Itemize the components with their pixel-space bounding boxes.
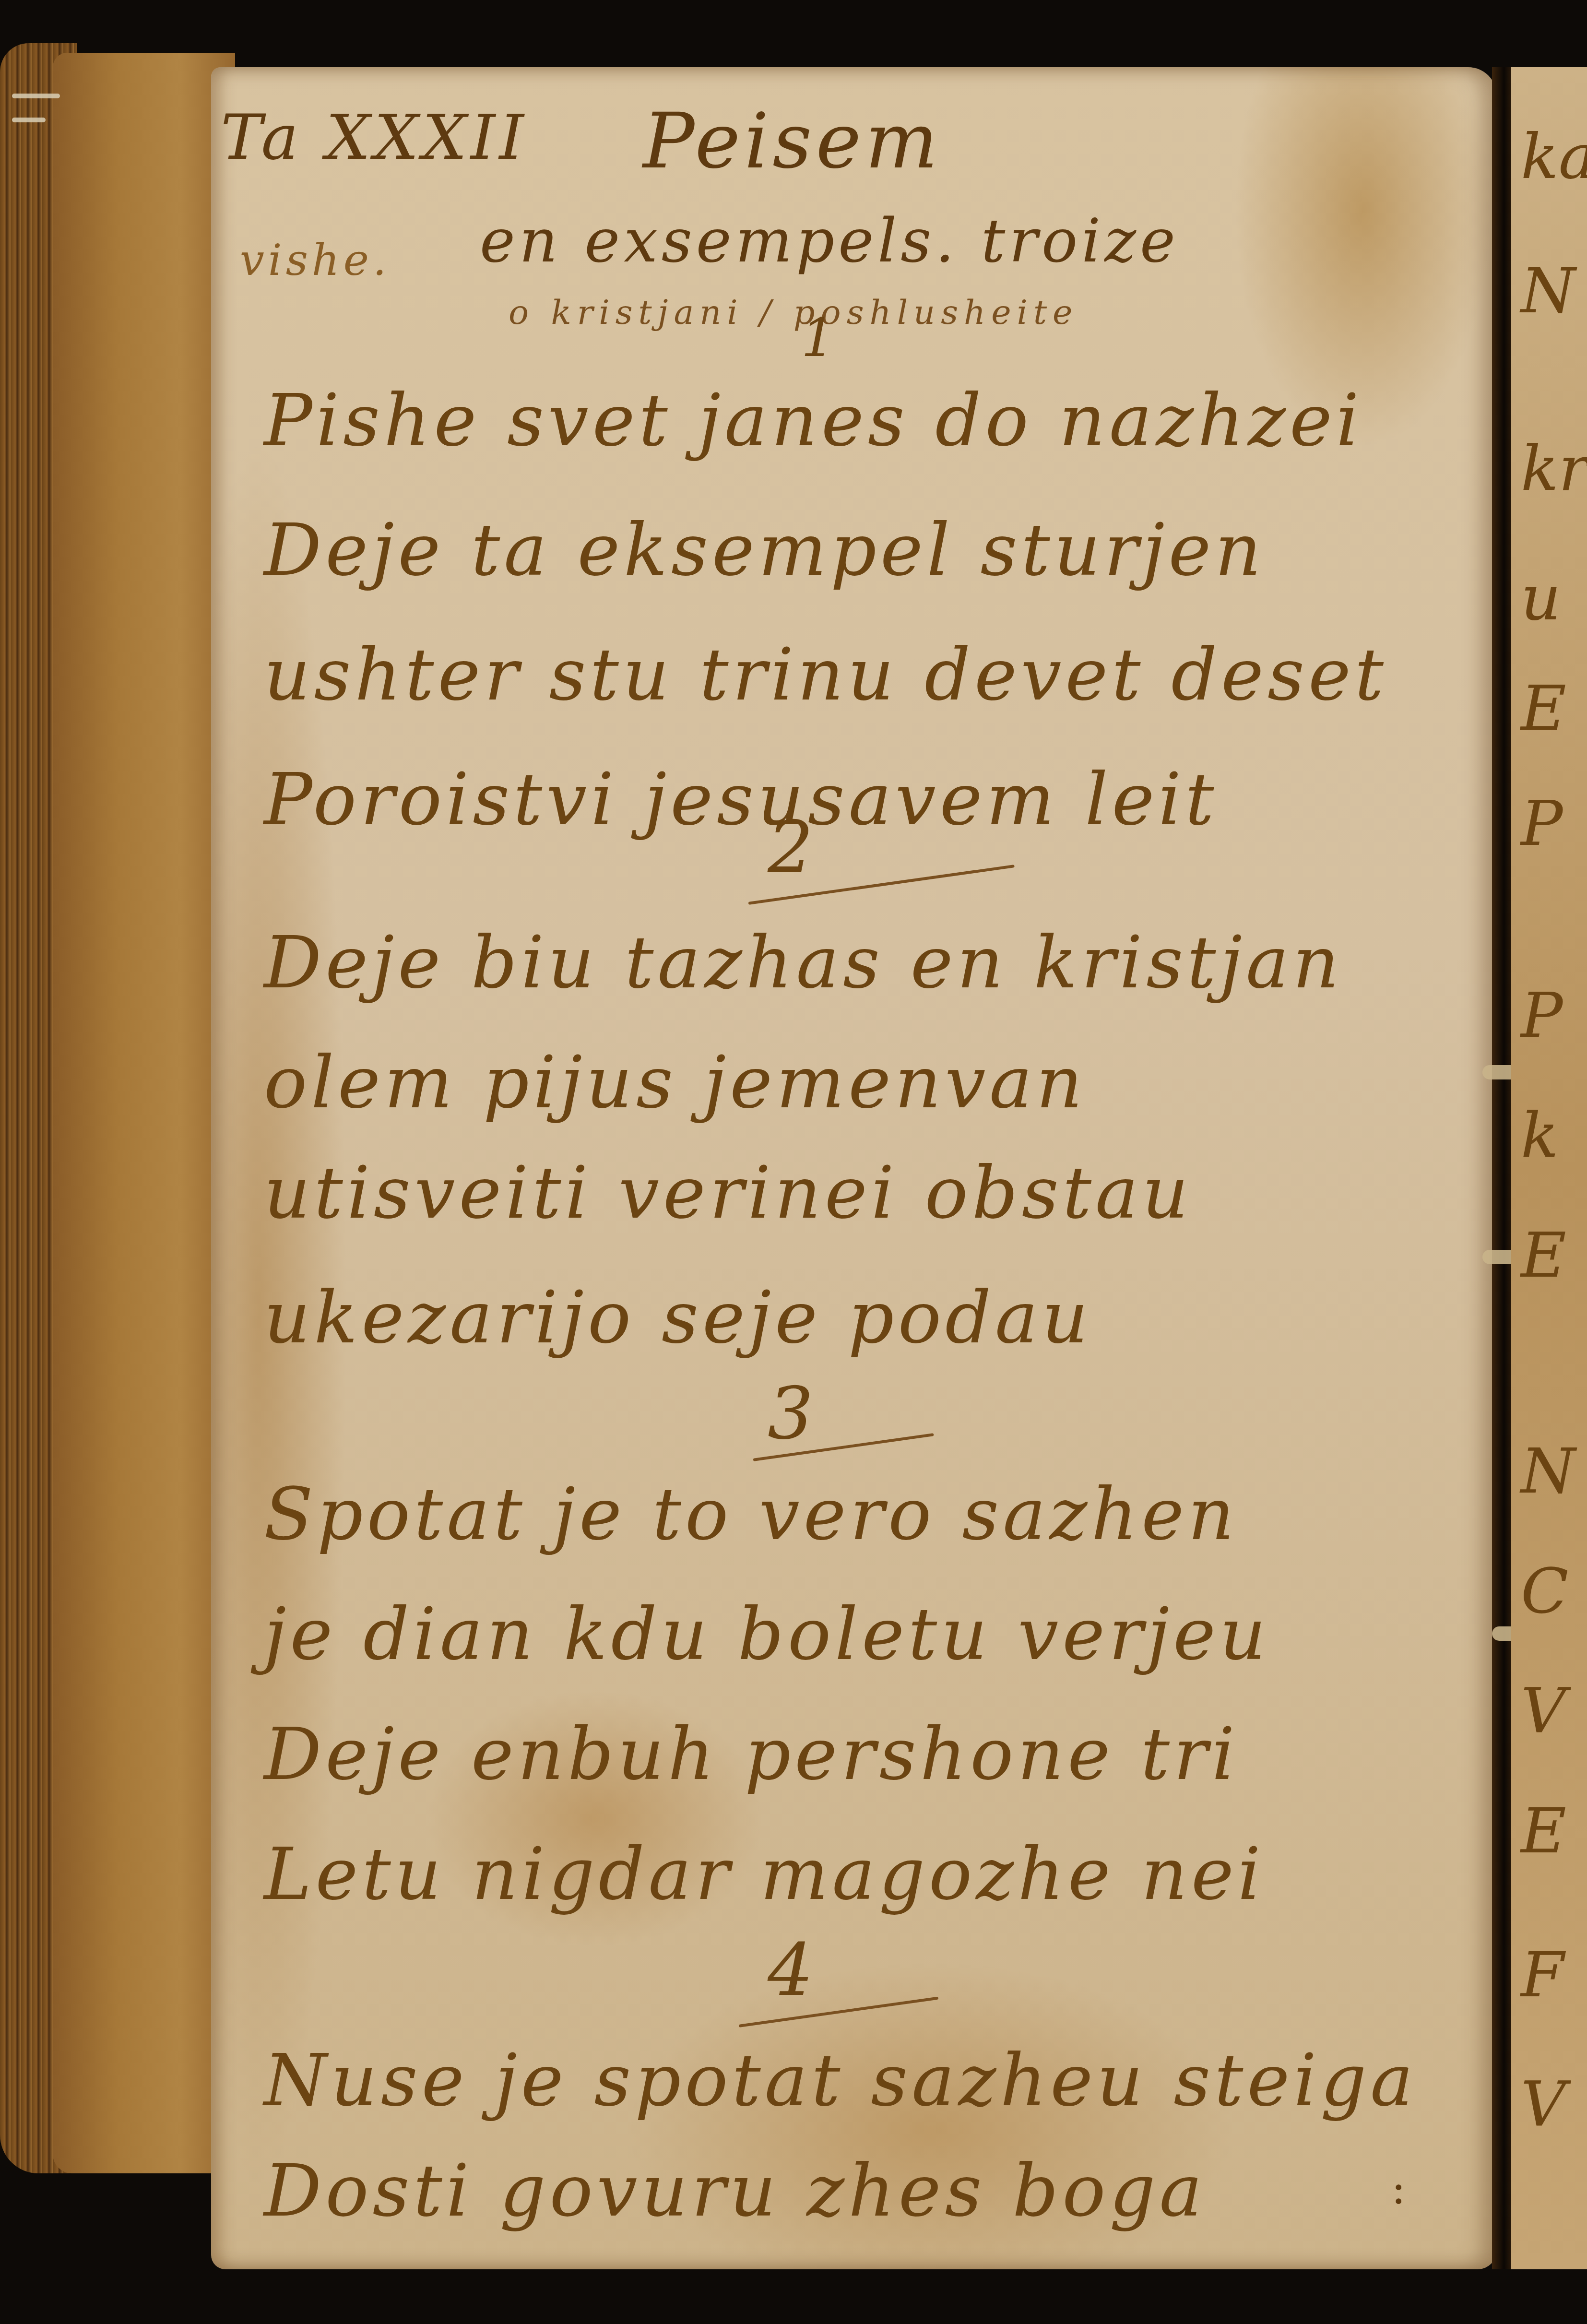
page-title: Peisem (643, 96, 942, 186)
verse-line: Deje ta eksempel sturjen (264, 509, 1265, 592)
binding-thread (12, 94, 60, 98)
facing-text-fragment: N (1521, 1435, 1575, 1507)
verse-line: Pishe svet janes do nazhzei (264, 379, 1363, 462)
stanza-number: 4 (768, 1929, 813, 2012)
facing-text-fragment: V (1521, 2068, 1566, 2141)
margin-note: vishe. (240, 235, 391, 285)
facing-text-fragment: E (1521, 672, 1566, 745)
stanza-number: 2 (768, 806, 813, 889)
verse-line: ukezarijo seje podau (264, 1276, 1092, 1360)
verse-line: ushter stu trinu devet deset (264, 633, 1387, 717)
facing-text-fragment: N (1521, 254, 1575, 327)
facing-text-fragment: F (1521, 1938, 1564, 2011)
subtitle: en exsempels. troize (480, 206, 1179, 276)
verse-line: Spotat je to vero sazhen (264, 1473, 1238, 1556)
folio-number: Ta XXXII (221, 101, 528, 174)
verse-line: Poroistvi jesusavem leit (264, 758, 1218, 842)
facing-text-fragment: kr (1521, 432, 1587, 505)
verse-line: Deje biu tazhas en kristjan (264, 921, 1343, 1005)
verse-line: Nuse je spotat sazheu steiga (264, 2039, 1417, 2122)
facing-page: ka N kr u E P P k E N C V E F V (1511, 67, 1587, 2269)
verse-line: Dosti govuru zhes boga (264, 2149, 1206, 2233)
facing-text-fragment: E (1521, 1219, 1566, 1292)
facing-text-fragment: V (1521, 1674, 1566, 1747)
stanza-number: 1 (801, 307, 835, 368)
facing-text-fragment: k (1521, 1099, 1559, 1172)
verse-line: Deje enbuh pershone tri (264, 1713, 1239, 1796)
facing-text-fragment: E (1521, 1794, 1566, 1867)
binding-thread (12, 118, 46, 122)
end-mark: : (1391, 2164, 1406, 2214)
verse-line: olem pijus jemenvan (264, 1041, 1086, 1125)
verse-line: Letu nigdar magozhe nei (264, 1833, 1265, 1916)
stanza-number: 3 (768, 1372, 813, 1456)
facing-text-fragment: C (1521, 1554, 1568, 1627)
facing-text-fragment: u (1521, 561, 1561, 634)
verse-line: utisveiti verinei obstau (264, 1151, 1192, 1235)
subtitle-interlinear: o kristjani / poshlusheite (509, 293, 1078, 332)
flyleaf-margin (53, 53, 235, 2173)
manuscript-leaf: Ta XXXII Peisem vishe. en exsempels. tro… (211, 67, 1497, 2269)
facing-text-fragment: P (1521, 979, 1563, 1052)
verse-line: je dian kdu boletu verjeu (264, 1593, 1270, 1676)
facing-text-fragment: P (1521, 787, 1563, 860)
facing-text-fragment: ka (1521, 120, 1587, 193)
